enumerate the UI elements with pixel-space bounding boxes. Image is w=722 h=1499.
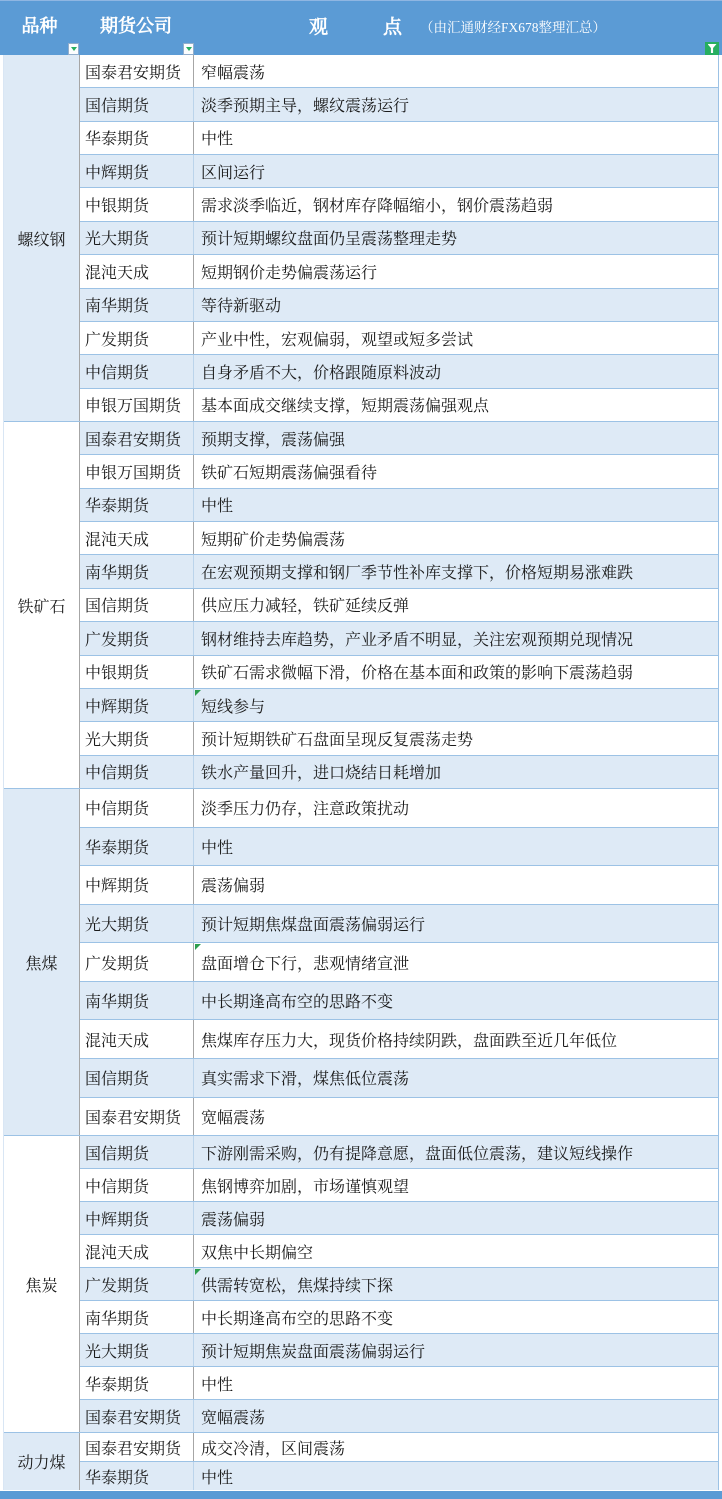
company-cell[interactable]: 国信期货 <box>80 1136 194 1168</box>
company-cell[interactable]: 中银期货 <box>80 656 194 688</box>
company-cell[interactable]: 光大期货 <box>80 222 194 254</box>
table-row: 华泰期货中性 <box>80 1461 718 1490</box>
company-cell[interactable]: 申银万国期货 <box>80 455 194 487</box>
view-cell[interactable]: 铁矿石需求微幅下滑，价格在基本面和政策的影响下震荡趋弱 <box>194 656 718 688</box>
table-row: 南华期货中长期逢高布空的思路不变 <box>80 981 718 1020</box>
variety-cell[interactable]: 铁矿石 <box>4 422 80 788</box>
view-header-note: （由汇通财经FX678整理汇总） <box>420 20 606 35</box>
table-row: 国泰君安期货成交冷清，区间震荡 <box>80 1433 718 1461</box>
view-cell[interactable]: 中性 <box>194 1462 718 1490</box>
company-cell[interactable]: 国泰君安期货 <box>80 1400 194 1432</box>
view-cell[interactable]: 区间运行 <box>194 155 718 187</box>
company-cell[interactable]: 国信期货 <box>80 589 194 621</box>
company-cell[interactable]: 广发期货 <box>80 943 194 981</box>
table-row: 国泰君安期货宽幅震荡 <box>80 1097 718 1136</box>
view-cell[interactable]: 宽幅震荡 <box>194 1400 718 1432</box>
view-cell[interactable]: 短期矿价走势偏震荡 <box>194 522 718 554</box>
table-row: 广发期货产业中性，宏观偏弱，观望或短多尝试 <box>80 321 718 354</box>
company-cell[interactable]: 南华期货 <box>80 289 194 321</box>
company-cell[interactable]: 中辉期货 <box>80 689 194 721</box>
view-cell[interactable]: 成交冷清，区间震荡 <box>194 1433 718 1461</box>
table-row: 中银期货铁矿石需求微幅下滑，价格在基本面和政策的影响下震荡趋弱 <box>80 655 718 688</box>
company-cell[interactable]: 广发期货 <box>80 322 194 354</box>
table-row: 光大期货预计短期焦炭盘面震荡偏弱运行 <box>80 1333 718 1366</box>
view-cell[interactable]: 等待新驱动 <box>194 289 718 321</box>
view-cell[interactable]: 中长期逢高布空的思路不变 <box>194 1301 718 1333</box>
cell-flag-icon <box>195 1269 201 1275</box>
table-row: 广发期货供需转宽松，焦煤持续下探 <box>80 1267 718 1300</box>
variety-filter-dropdown[interactable] <box>68 43 79 55</box>
view-filter-button[interactable] <box>705 42 719 55</box>
variety-section: 焦炭国信期货下游刚需采购，仍有提降意愿，盘面低位震荡，建议短线操作中信期货焦钢博… <box>4 1135 718 1432</box>
table-body: 螺纹钢国泰君安期货窄幅震荡国信期货淡季预期主导，螺纹震荡运行华泰期货中性中辉期货… <box>3 55 719 1490</box>
table-row: 国泰君安期货预期支撑，震荡偏强 <box>80 422 718 454</box>
company-cell[interactable]: 中银期货 <box>80 188 194 220</box>
table-row: 混沌天成双焦中长期偏空 <box>80 1234 718 1267</box>
table-row: 南华期货等待新驱动 <box>80 288 718 321</box>
table-row: 华泰期货中性 <box>80 1366 718 1399</box>
view-cell[interactable]: 焦钢博弈加剧，市场谨慎观望 <box>194 1169 718 1201</box>
company-cell[interactable]: 中辉期货 <box>80 155 194 187</box>
cell-flag-icon <box>195 690 201 696</box>
view-cell[interactable]: 短线参与 <box>194 689 718 721</box>
section-rows: 国泰君安期货窄幅震荡国信期货淡季预期主导，螺纹震荡运行华泰期货中性中辉期货区间运… <box>80 55 718 421</box>
table-row: 国泰君安期货宽幅震荡 <box>80 1399 718 1432</box>
view-cell[interactable]: 自身矛盾不大，价格跟随原料波动 <box>194 355 718 387</box>
variety-section: 铁矿石国泰君安期货预期支撑，震荡偏强申银万国期货铁矿石短期震荡偏强看待华泰期货中… <box>4 421 718 788</box>
view-cell[interactable]: 窄幅震荡 <box>194 55 718 87</box>
section-rows: 国信期货下游刚需采购，仍有提降意愿，盘面低位震荡，建议短线操作中信期货焦钢博弈加… <box>80 1136 718 1432</box>
company-cell[interactable]: 混沌天成 <box>80 255 194 287</box>
table-row: 南华期货中长期逢高布空的思路不变 <box>80 1300 718 1333</box>
table-row: 中信期货焦钢博弈加剧，市场谨慎观望 <box>80 1168 718 1201</box>
company-cell[interactable]: 华泰期货 <box>80 1367 194 1399</box>
company-cell[interactable]: 光大期货 <box>80 722 194 754</box>
table-row: 华泰期货中性 <box>80 121 718 154</box>
view-cell[interactable]: 下游刚需采购，仍有提降意愿，盘面低位震荡，建议短线操作 <box>194 1136 718 1168</box>
table-row: 中银期货需求淡季临近，钢材库存降幅缩小，钢价震荡趋弱 <box>80 187 718 220</box>
company-cell[interactable]: 中信期货 <box>80 1169 194 1201</box>
company-cell[interactable]: 混沌天成 <box>80 1020 194 1058</box>
table-row: 申银万国期货基本面成交继续支撑，短期震荡偏强观点 <box>80 388 718 421</box>
company-cell[interactable]: 光大期货 <box>80 1334 194 1366</box>
company-column-header: 期货公司 <box>79 12 193 38</box>
company-cell[interactable]: 华泰期货 <box>80 122 194 154</box>
next-row-partial <box>0 1491 722 1499</box>
table-row: 光大期货预计短期铁矿石盘面呈现反复震荡走势 <box>80 721 718 754</box>
view-cell[interactable]: 淡季预期主导，螺纹震荡运行 <box>194 88 718 120</box>
table-row: 中辉期货震荡偏弱 <box>80 1201 718 1234</box>
company-cell[interactable]: 国泰君安期货 <box>80 1433 194 1461</box>
view-cell[interactable]: 预期支撑，震荡偏强 <box>194 422 718 454</box>
company-cell[interactable]: 国泰君安期货 <box>80 422 194 454</box>
variety-column-header: 品种 <box>0 12 79 38</box>
view-cell[interactable]: 焦煤库存压力大，现货价格持续阴跌，盘面跌至近几年低位 <box>194 1020 718 1058</box>
table-row: 国泰君安期货窄幅震荡 <box>80 55 718 87</box>
table-row: 中辉期货短线参与 <box>80 688 718 721</box>
view-cell[interactable]: 盘面增仓下行，悲观情绪宣泄 <box>194 943 718 981</box>
variety-cell[interactable]: 动力煤 <box>4 1433 80 1490</box>
view-cell[interactable]: 宽幅震荡 <box>194 1098 718 1136</box>
view-cell[interactable]: 中性 <box>194 1367 718 1399</box>
table-row: 国信期货真实需求下滑，煤焦低位震荡 <box>80 1058 718 1097</box>
table-row: 南华期货在宏观预期支撑和钢厂季节性补库支撑下，价格短期易涨难跌 <box>80 554 718 587</box>
view-cell[interactable]: 需求淡季临近，钢材库存降幅缩小，钢价震荡趋弱 <box>194 188 718 220</box>
view-cell[interactable]: 中长期逢高布空的思路不变 <box>194 982 718 1020</box>
company-cell[interactable]: 南华期货 <box>80 555 194 587</box>
table-row: 中信期货铁水产量回升，进口烧结日耗增加 <box>80 755 718 788</box>
view-cell[interactable]: 中性 <box>194 489 718 521</box>
view-cell[interactable]: 铁水产量回升，进口烧结日耗增加 <box>194 756 718 788</box>
company-cell[interactable]: 南华期货 <box>80 982 194 1020</box>
company-cell[interactable]: 混沌天成 <box>80 1235 194 1267</box>
table-row: 中信期货自身矛盾不大，价格跟随原料波动 <box>80 354 718 387</box>
variety-section: 螺纹钢国泰君安期货窄幅震荡国信期货淡季预期主导，螺纹震荡运行华泰期货中性中辉期货… <box>4 55 718 421</box>
table-row: 广发期货盘面增仓下行，悲观情绪宣泄 <box>80 942 718 981</box>
funnel-icon <box>708 44 717 53</box>
company-cell[interactable]: 广发期货 <box>80 622 194 654</box>
table-row: 混沌天成短期钢价走势偏震荡运行 <box>80 254 718 287</box>
company-cell[interactable]: 混沌天成 <box>80 522 194 554</box>
view-cell[interactable]: 淡季压力仍存，注意政策扰动 <box>194 789 718 827</box>
view-column-header: 观 点（由汇通财经FX678整理汇总） <box>193 12 722 39</box>
variety-section: 动力煤国泰君安期货成交冷清，区间震荡华泰期货中性 <box>4 1432 718 1490</box>
table-row: 国信期货淡季预期主导，螺纹震荡运行 <box>80 87 718 120</box>
view-cell[interactable]: 预计短期焦煤盘面震荡偏弱运行 <box>194 905 718 943</box>
cell-flag-icon <box>195 944 201 950</box>
table-row: 华泰期货中性 <box>80 488 718 521</box>
company-cell[interactable]: 中辉期货 <box>80 866 194 904</box>
table-row: 光大期货预计短期焦煤盘面震荡偏弱运行 <box>80 904 718 943</box>
view-cell[interactable]: 在宏观预期支撑和钢厂季节性补库支撑下，价格短期易涨难跌 <box>194 555 718 587</box>
table-row: 中辉期货震荡偏弱 <box>80 865 718 904</box>
company-cell[interactable]: 华泰期货 <box>80 828 194 866</box>
table-row: 混沌天成短期矿价走势偏震荡 <box>80 521 718 554</box>
company-cell[interactable]: 华泰期货 <box>80 489 194 521</box>
variety-section: 焦煤中信期货淡季压力仍存，注意政策扰动华泰期货中性中辉期货震荡偏弱光大期货预计短… <box>4 788 718 1135</box>
futures-opinion-table: 品种 期货公司 观 点（由汇通财经FX678整理汇总） 螺纹钢国泰君安期货窄幅震… <box>0 0 722 1499</box>
view-cell[interactable]: 真实需求下滑，煤焦低位震荡 <box>194 1059 718 1097</box>
view-cell[interactable]: 铁矿石短期震荡偏强看待 <box>194 455 718 487</box>
company-cell[interactable]: 中信期货 <box>80 756 194 788</box>
view-cell[interactable]: 中性 <box>194 828 718 866</box>
table-row: 国信期货供应压力减轻，铁矿延续反弹 <box>80 588 718 621</box>
company-cell[interactable]: 申银万国期货 <box>80 389 194 421</box>
view-cell[interactable]: 预计短期铁矿石盘面呈现反复震荡走势 <box>194 722 718 754</box>
view-cell[interactable]: 产业中性，宏观偏弱，观望或短多尝试 <box>194 322 718 354</box>
company-cell[interactable]: 中信期货 <box>80 789 194 827</box>
company-cell[interactable]: 国信期货 <box>80 1059 194 1097</box>
company-filter-dropdown[interactable] <box>183 43 194 55</box>
variety-cell[interactable]: 螺纹钢 <box>4 55 80 421</box>
table-row: 中信期货淡季压力仍存，注意政策扰动 <box>80 789 718 827</box>
company-cell[interactable]: 光大期货 <box>80 905 194 943</box>
view-cell[interactable]: 中性 <box>194 122 718 154</box>
variety-cell[interactable]: 焦煤 <box>4 789 80 1135</box>
company-cell[interactable]: 国泰君安期货 <box>80 55 194 87</box>
company-cell[interactable]: 南华期货 <box>80 1301 194 1333</box>
company-cell[interactable]: 广发期货 <box>80 1268 194 1300</box>
company-cell[interactable]: 中辉期货 <box>80 1202 194 1234</box>
company-cell[interactable]: 中信期货 <box>80 355 194 387</box>
variety-cell[interactable]: 焦炭 <box>4 1136 80 1432</box>
view-cell[interactable]: 基本面成交继续支撑，短期震荡偏强观点 <box>194 389 718 421</box>
table-row: 申银万国期货铁矿石短期震荡偏强看待 <box>80 454 718 487</box>
dropdown-arrow-icon <box>186 47 192 51</box>
table-header: 品种 期货公司 观 点（由汇通财经FX678整理汇总） <box>0 0 722 55</box>
section-rows: 国泰君安期货预期支撑，震荡偏强申银万国期货铁矿石短期震荡偏强看待华泰期货中性混沌… <box>80 422 718 788</box>
table-row: 广发期货钢材维持去库趋势，产业矛盾不明显，关注宏观预期兑现情况 <box>80 621 718 654</box>
section-rows: 国泰君安期货成交冷清，区间震荡华泰期货中性 <box>80 1433 718 1490</box>
company-cell[interactable]: 国信期货 <box>80 88 194 120</box>
view-header-title: 观 点 <box>309 17 420 38</box>
view-cell[interactable]: 短期钢价走势偏震荡运行 <box>194 255 718 287</box>
view-cell[interactable]: 震荡偏弱 <box>194 866 718 904</box>
view-cell[interactable]: 供需转宽松，焦煤持续下探 <box>194 1268 718 1300</box>
view-cell[interactable]: 震荡偏弱 <box>194 1202 718 1234</box>
table-row: 华泰期货中性 <box>80 827 718 866</box>
table-row: 光大期货预计短期螺纹盘面仍呈震荡整理走势 <box>80 221 718 254</box>
view-cell[interactable]: 预计短期焦炭盘面震荡偏弱运行 <box>194 1334 718 1366</box>
view-cell[interactable]: 预计短期螺纹盘面仍呈震荡整理走势 <box>194 222 718 254</box>
company-cell[interactable]: 华泰期货 <box>80 1462 194 1490</box>
view-cell[interactable]: 供应压力减轻，铁矿延续反弹 <box>194 589 718 621</box>
table-row: 中辉期货区间运行 <box>80 154 718 187</box>
company-cell[interactable]: 国泰君安期货 <box>80 1098 194 1136</box>
view-cell[interactable]: 钢材维持去库趋势，产业矛盾不明显，关注宏观预期兑现情况 <box>194 622 718 654</box>
table-row: 国信期货下游刚需采购，仍有提降意愿，盘面低位震荡，建议短线操作 <box>80 1136 718 1168</box>
section-rows: 中信期货淡季压力仍存，注意政策扰动华泰期货中性中辉期货震荡偏弱光大期货预计短期焦… <box>80 789 718 1135</box>
view-cell[interactable]: 双焦中长期偏空 <box>194 1235 718 1267</box>
dropdown-arrow-icon <box>71 47 77 51</box>
table-row: 混沌天成焦煤库存压力大，现货价格持续阴跌，盘面跌至近几年低位 <box>80 1019 718 1058</box>
